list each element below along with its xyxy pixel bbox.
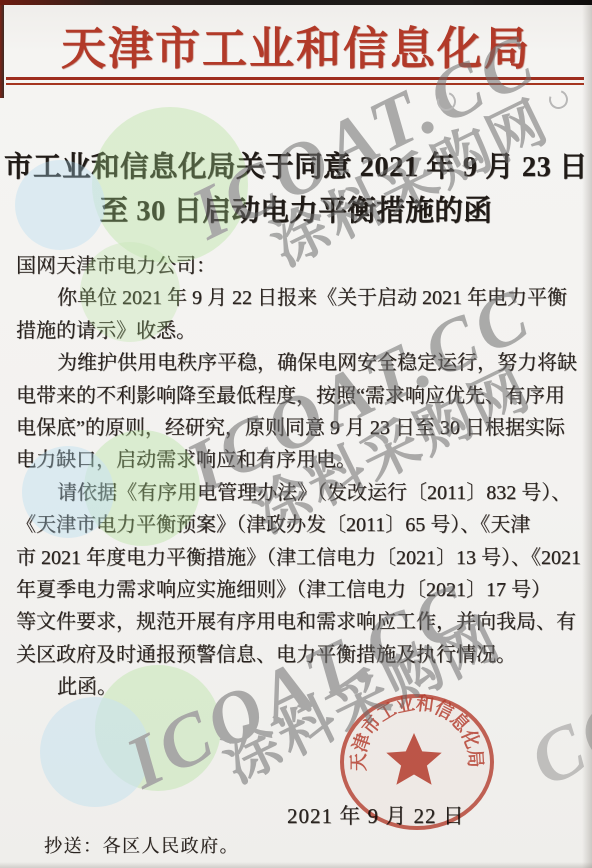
scan-edge-left-red-strip [0, 5, 4, 98]
scan-edge-top [0, 0, 592, 5]
letter-body: 国网天津市电力公司： 你单位 2021 年 9 月 22 日报来《关于启动 20… [16, 250, 586, 703]
document-title: 市工业和信息化局关于同意 2021 年 9 月 23 日 至 30 日启动电力平… [0, 146, 592, 234]
header-rule-top [6, 77, 584, 80]
body-line: 电带来的不利影响降至最低程度，按照“需求响应优先、有序用 [16, 380, 586, 412]
body-line: 《天津市电力平衡预案》（津政办发〔2011〕65 号）、《天津 [16, 509, 586, 541]
body-line: 市 2021 年度电力平衡措施》（津工信电力〔2021〕13 号）、《2021 [16, 542, 586, 574]
scanned-document-page: 天津市工业和信息化局 市工业和信息化局关于同意 2021 年 9 月 23 日 … [0, 0, 592, 868]
body-line: 电力缺口，启动需求响应和有序用电。 [16, 444, 586, 476]
official-seal: 天津市工业和信息化局 [338, 692, 496, 842]
title-line-2: 至 30 日启动电力平衡措施的函 [0, 190, 592, 234]
body-line: 为维护供用电秩序平稳，确保电网安全稳定运行，努力将缺 [16, 347, 586, 379]
cc-line: 抄送：各区人民政府。 [44, 832, 239, 858]
letter-content: 天津市工业和信息化局 市工业和信息化局关于同意 2021 年 9 月 23 日 … [0, 0, 592, 868]
body-line: 电保底”的原则，经研究，原则同意 9 月 23 日至 30 日根据实际 [16, 412, 586, 444]
body-line: 你单位 2021 年 9 月 22 日报来《关于启动 2021 年电力平衡 [16, 282, 586, 314]
body-line: 年夏季电力需求响应实施细则》（津工信电力〔2021〕17 号） [16, 574, 586, 606]
scan-edge-right [582, 0, 592, 868]
scan-edge-bottom [0, 862, 592, 868]
body-line: 措施的请示》收悉。 [16, 315, 586, 347]
salutation-line: 国网天津市电力公司： [16, 250, 586, 282]
title-line-1: 市工业和信息化局关于同意 2021 年 9 月 23 日 [0, 146, 592, 190]
header-rule-bottom [6, 83, 584, 85]
closing-line: 此函。 [16, 671, 586, 703]
body-line: 关区政府及时通报预警信息、电力平衡措施及执行情况。 [16, 639, 586, 671]
body-line: 请依据《有序用电管理办法》（发改运行〔2011〕832 号）、 [16, 477, 586, 509]
body-line: 等文件要求，规范开展有序用电和需求响应工作，并向我局、有 [16, 606, 586, 638]
agency-header: 天津市工业和信息化局 [0, 12, 592, 77]
